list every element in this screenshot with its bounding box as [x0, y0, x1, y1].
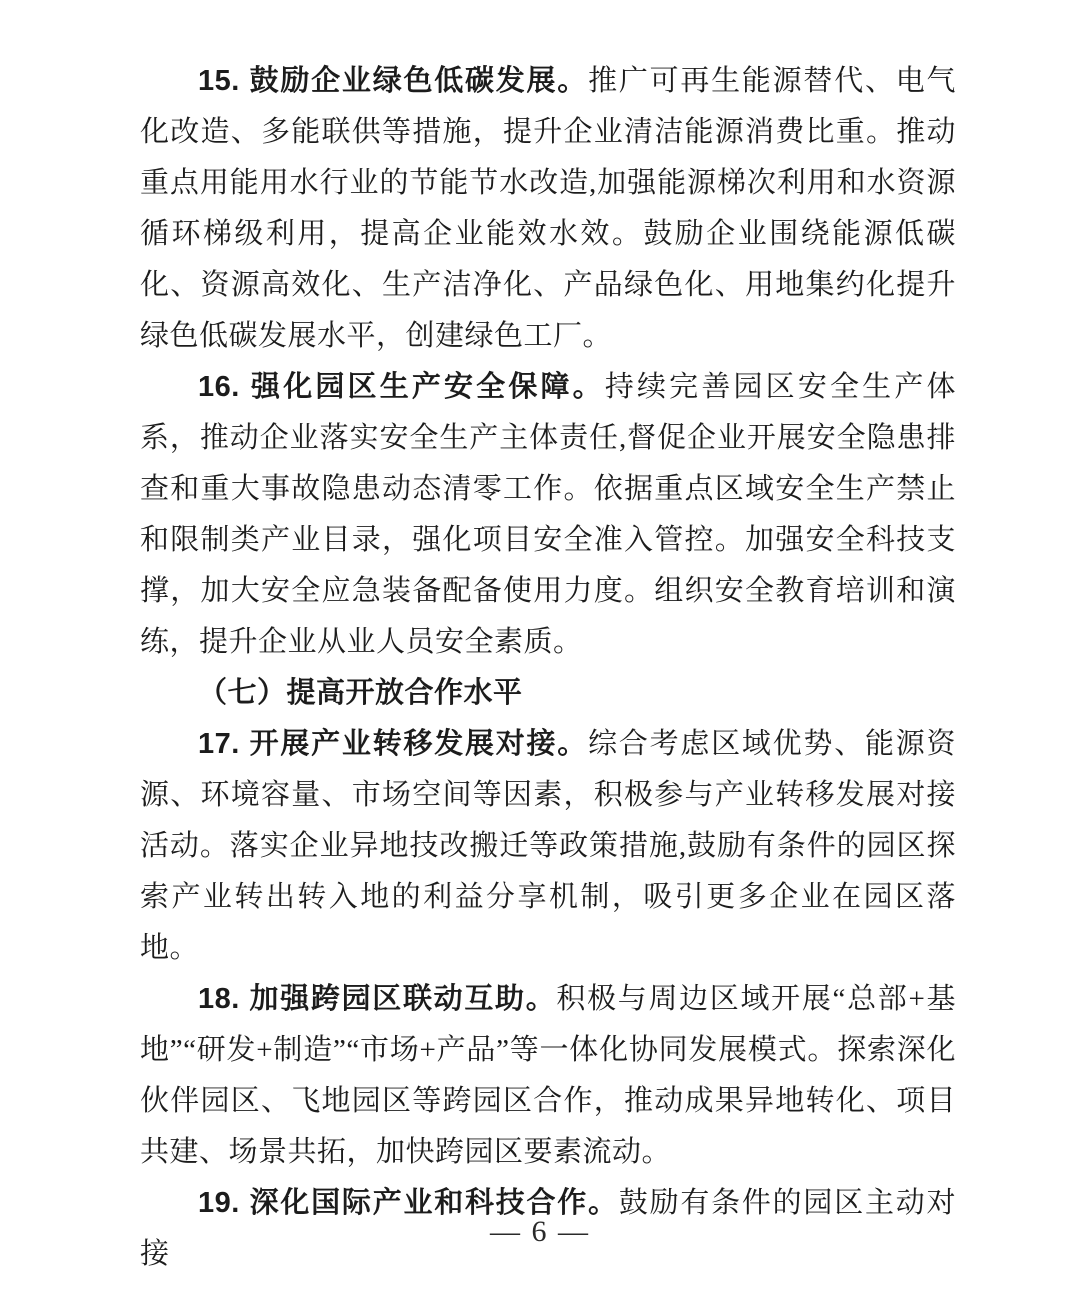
- item-17-title: 17. 开展产业转移发展对接。: [198, 728, 588, 760]
- item-17-text: 综合考虑区域优势、能源资源、环境容量、市场空间等因素，积极参与产业转移发展对接活…: [140, 728, 956, 964]
- item-16-title: 16. 强化园区生产安全保障。: [198, 371, 605, 403]
- page-number: — 6 —: [0, 1212, 1080, 1252]
- section-heading-7: （七）提高开放合作水平: [140, 668, 956, 719]
- paragraph-item-17: 17. 开展产业转移发展对接。综合考虑区域优势、能源资源、环境容量、市场空间等因…: [140, 719, 956, 974]
- section-heading-7-title: （七）提高开放合作水平: [198, 677, 523, 709]
- paragraph-item-18: 18. 加强跨园区联动互助。积极与周边区域开展“总部+基地”“研发+制造”“市场…: [140, 974, 956, 1178]
- paragraph-item-15: 15. 鼓励企业绿色低碳发展。推广可再生能源替代、电气化改造、多能联供等措施，提…: [140, 56, 956, 362]
- document-body: 15. 鼓励企业绿色低碳发展。推广可再生能源替代、电气化改造、多能联供等措施，提…: [140, 56, 956, 1280]
- item-16-text: 持续完善园区安全生产体系，推动企业落实安全生产主体责任,督促企业开展安全隐患排查…: [140, 371, 956, 658]
- item-15-text: 推广可再生能源替代、电气化改造、多能联供等措施，提升企业清洁能源消费比重。推动重…: [140, 65, 956, 352]
- item-15-title: 15. 鼓励企业绿色低碳发展。: [198, 65, 588, 97]
- paragraph-item-16: 16. 强化园区生产安全保障。持续完善园区安全生产体系，推动企业落实安全生产主体…: [140, 362, 956, 668]
- document-page: 15. 鼓励企业绿色低碳发展。推广可再生能源替代、电气化改造、多能联供等措施，提…: [0, 0, 1080, 1309]
- item-18-title: 18. 加强跨园区联动互助。: [198, 983, 556, 1015]
